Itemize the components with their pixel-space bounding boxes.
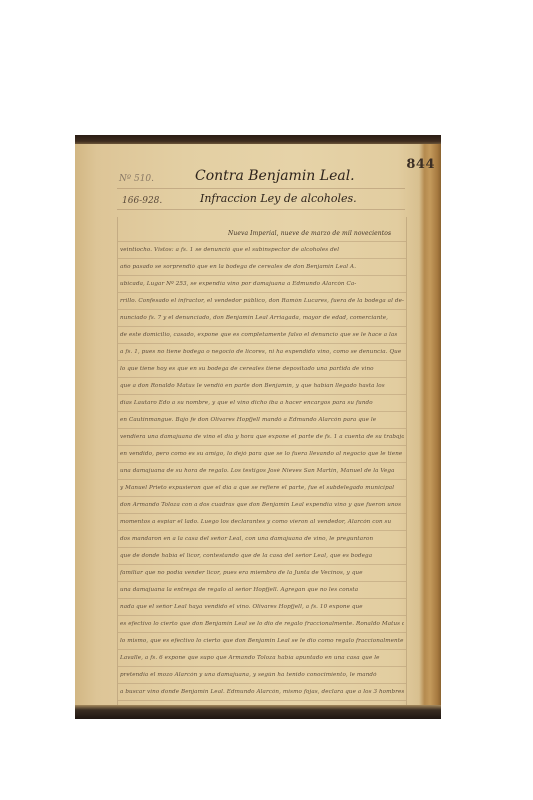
line-text: a buscar vino donde Benjamin Leal. Edmun…	[120, 689, 404, 696]
header-rule	[117, 209, 405, 210]
document-subtitle: Infraccion Ley de alcoholes.	[200, 192, 357, 205]
book-bottom-edge	[75, 705, 441, 719]
book-top-edge	[75, 135, 441, 144]
document-scan: 844 Nº 510. Contra Benjamin Leal. 166-92…	[75, 135, 441, 719]
file-number: 166-928.	[122, 196, 162, 206]
document-title: Contra Benjamin Leal.	[195, 168, 355, 184]
case-number: Nº 510.	[119, 174, 154, 184]
page-number: 844	[406, 157, 435, 172]
header-rule	[117, 188, 405, 189]
ruled-text-area: Nueva Imperial, nueve de marzo de mil no…	[117, 217, 407, 705]
text-line: a buscar vino donde Benjamin Leal. Edmun…	[118, 676, 406, 701]
